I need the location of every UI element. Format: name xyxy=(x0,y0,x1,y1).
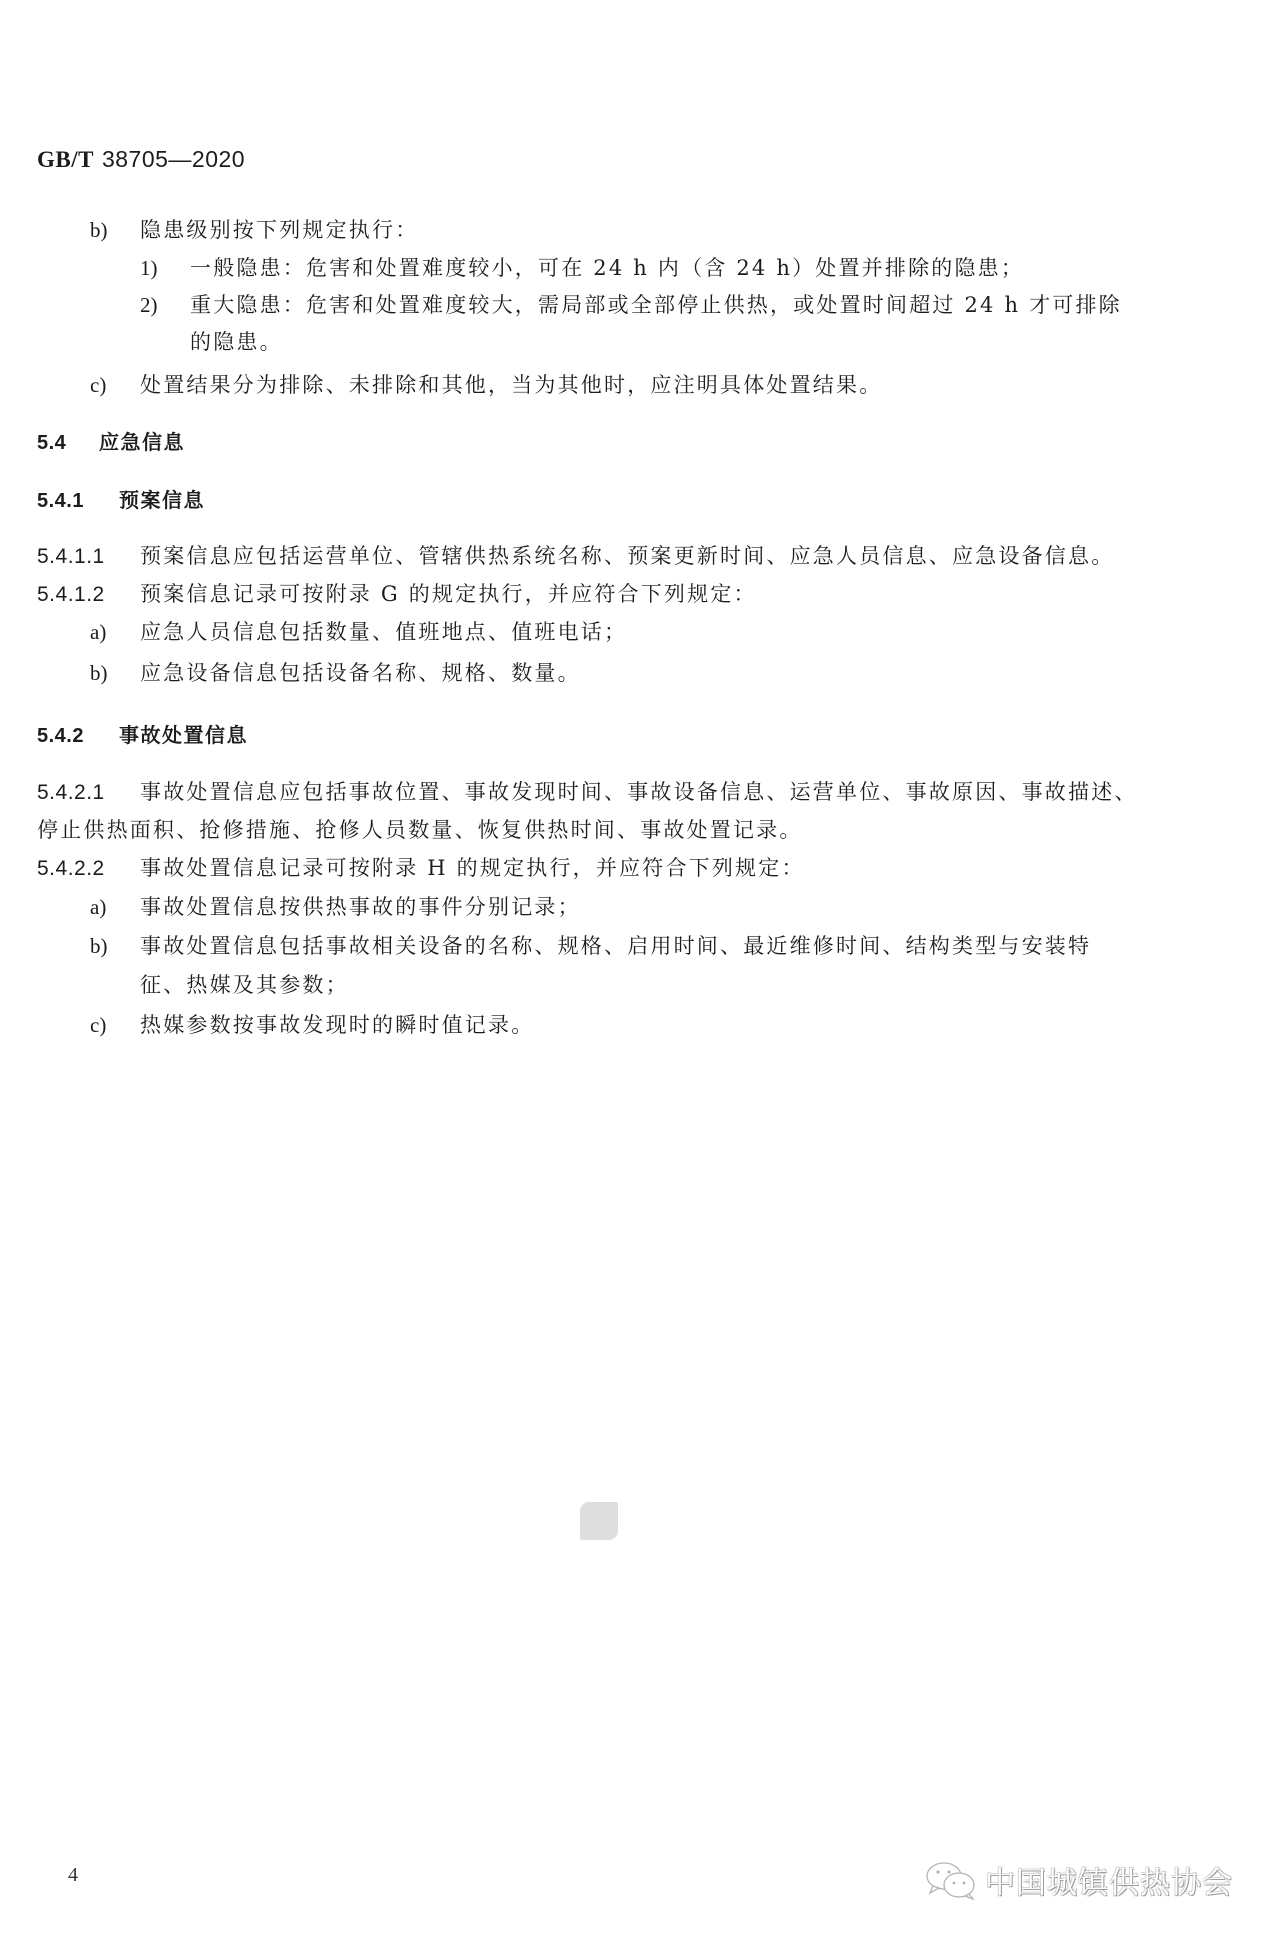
sub-label: 1) xyxy=(140,254,190,282)
clause-number: 5.4.1.1 xyxy=(37,543,140,571)
wechat-icon xyxy=(925,1860,977,1900)
list-text: 热媒参数按事故发现时的瞬时值记录。 xyxy=(140,1013,534,1037)
clause-text: 事故处置信息记录可按附录 H 的规定执行，并应符合下列规定： xyxy=(140,856,805,880)
section-heading-5-4-1: 5.4.1预案信息 xyxy=(37,484,205,513)
page-number: 4 xyxy=(68,1864,78,1887)
section-number: 5.4.2 xyxy=(37,725,119,748)
standard-prefix: GB/T xyxy=(37,147,94,172)
section-title: 预案信息 xyxy=(119,488,205,512)
watermark: 中国城镇供热协会 xyxy=(925,1858,1233,1902)
list-label: a) xyxy=(90,618,140,646)
list-item-b: b)隐患级别按下列规定执行： xyxy=(90,216,418,244)
list-label: c) xyxy=(90,1011,140,1039)
clause-text: 预案信息记录可按附录 G 的规定执行，并应符合下列规定： xyxy=(140,582,757,606)
section-heading-5-4-2: 5.4.2事故处置信息 xyxy=(37,719,248,748)
list-text: 应急人员信息包括数量、值班地点、值班电话； xyxy=(140,620,627,644)
list-item-c: c)处置结果分为排除、未排除和其他，当为其他时，应注明具体处置结果。 xyxy=(90,371,882,399)
list-item: b)事故处置信息包括事故相关设备的名称、规格、启用时间、最近维修时间、结构类型与… xyxy=(90,932,1091,960)
clause-text: 预案信息应包括运营单位、管辖供热系统名称、预案更新时间、应急人员信息、应急设备信… xyxy=(140,544,1114,568)
list-label: a) xyxy=(90,893,140,921)
list-text: 事故处置信息按供热事故的事件分别记录； xyxy=(140,895,581,919)
list-item: a)应急人员信息包括数量、值班地点、值班电话； xyxy=(90,618,627,646)
list-item: b)应急设备信息包括设备名称、规格、数量。 xyxy=(90,659,581,687)
clause-5-4-1-1: 5.4.1.1预案信息应包括运营单位、管辖供热系统名称、预案更新时间、应急人员信… xyxy=(37,542,1114,571)
section-number: 5.4 xyxy=(37,432,99,455)
section-heading-5-4: 5.4应急信息 xyxy=(37,426,185,455)
list-text: 应急设备信息包括设备名称、规格、数量。 xyxy=(140,661,581,685)
section-title: 应急信息 xyxy=(99,430,185,454)
list-text: 隐患级别按下列规定执行： xyxy=(140,218,418,242)
standard-number: 38705—2020 xyxy=(102,146,245,172)
clause-5-4-2-1-continuation: 停止供热面积、抢修措施、抢修人员数量、恢复供热时间、事故处置记录。 xyxy=(37,816,803,844)
clause-5-4-1-2: 5.4.1.2预案信息记录可按附录 G 的规定执行，并应符合下列规定： xyxy=(37,580,757,609)
sub-text: 重大隐患：危害和处置难度较大，需局部或全部停止供热，或处置时间超过 24 h 才… xyxy=(190,293,1122,317)
section-number: 5.4.1 xyxy=(37,490,119,513)
list-item: a)事故处置信息按供热事故的事件分别记录； xyxy=(90,893,581,921)
list-label: b) xyxy=(90,932,140,960)
section-title: 事故处置信息 xyxy=(119,723,248,747)
clause-5-4-2-1: 5.4.2.1事故处置信息应包括事故位置、事故发现时间、事故设备信息、运营单位、… xyxy=(37,778,1138,807)
sub-item-2-continuation: 的隐患。 xyxy=(190,328,283,356)
sub-text: 一般隐患：危害和处置难度较小，可在 24 h 内（含 24 h）处置并排除的隐患… xyxy=(190,256,1024,280)
sub-item-1: 1)一般隐患：危害和处置难度较小，可在 24 h 内（含 24 h）处置并排除的… xyxy=(140,254,1024,282)
list-text: 处置结果分为排除、未排除和其他，当为其他时，应注明具体处置结果。 xyxy=(140,373,882,397)
list-text: 事故处置信息包括事故相关设备的名称、规格、启用时间、最近维修时间、结构类型与安装… xyxy=(140,934,1091,958)
clause-5-4-2-2: 5.4.2.2事故处置信息记录可按附录 H 的规定执行，并应符合下列规定： xyxy=(37,854,805,883)
sub-item-2: 2)重大隐患：危害和处置难度较大，需局部或全部停止供热，或处置时间超过 24 h… xyxy=(140,291,1122,319)
standard-header: GB/T38705—2020 xyxy=(37,146,245,173)
clause-text: 事故处置信息应包括事故位置、事故发现时间、事故设备信息、运营单位、事故原因、事故… xyxy=(140,780,1138,804)
watermark-text: 中国城镇供热协会 xyxy=(985,1858,1233,1902)
sub-label: 2) xyxy=(140,291,190,319)
grey-square-mark xyxy=(580,1502,618,1540)
clause-number: 5.4.1.2 xyxy=(37,581,140,609)
list-label: b) xyxy=(90,216,140,244)
list-item: c)热媒参数按事故发现时的瞬时值记录。 xyxy=(90,1011,534,1039)
list-item-continuation: 征、热媒及其参数； xyxy=(140,971,349,999)
clause-number: 5.4.2.2 xyxy=(37,855,140,883)
list-label: b) xyxy=(90,659,140,687)
clause-number: 5.4.2.1 xyxy=(37,779,140,807)
list-label: c) xyxy=(90,371,140,399)
